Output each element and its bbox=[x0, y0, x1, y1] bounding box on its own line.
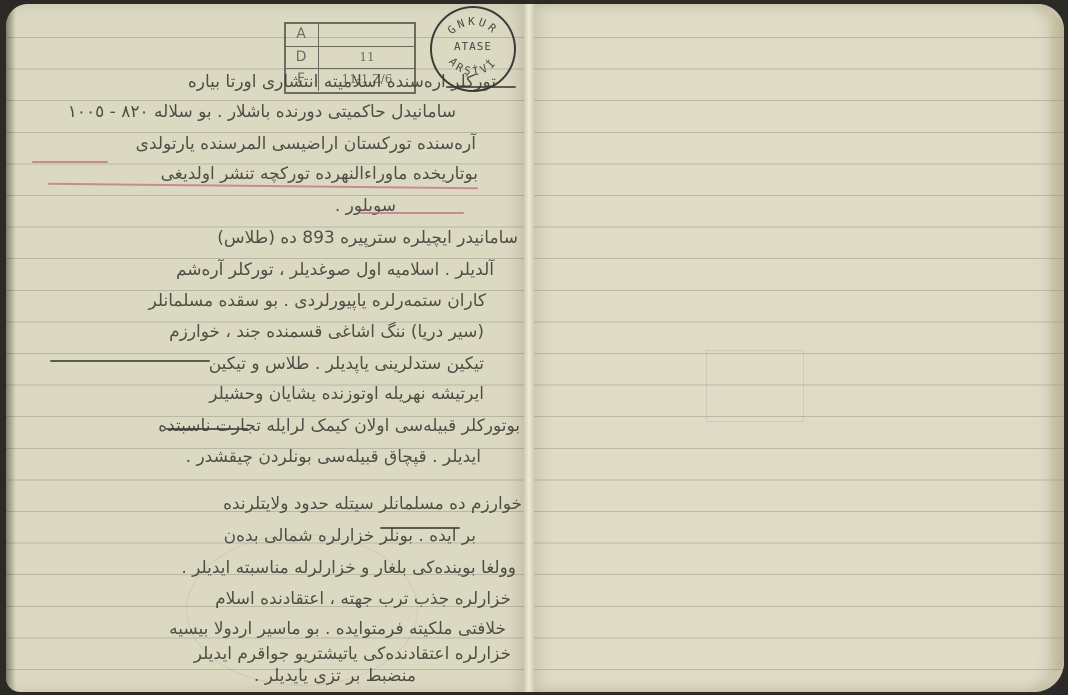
bleed-through-stamp bbox=[706, 350, 804, 422]
stamp-row-a: A bbox=[286, 24, 414, 46]
underline-mark bbox=[166, 428, 248, 430]
handwritten-line: خوارزم دە مسلمانلر سیتلە حدود ولایتلرندە bbox=[223, 494, 522, 514]
handwritten-line: منضبط بر تزی یایدیلر . bbox=[254, 666, 416, 686]
book-gutter bbox=[524, 4, 534, 692]
page-edge bbox=[1048, 14, 1064, 674]
handwritten-line: آلدیلر . اسلامیە اول صوغدیلر ، تورکلر آر… bbox=[176, 260, 494, 280]
handwritten-line: بوتاریخدە ماوراءالنهردە توركچە تنشر اولد… bbox=[161, 164, 478, 184]
handwritten-line: سامانیدل حاکمیتی دورندە باشلار . بو سلال… bbox=[68, 102, 456, 122]
svg-text:GNKUR: GNKUR bbox=[445, 15, 501, 37]
stamp-center-text: ATASE bbox=[432, 40, 514, 53]
notebook-spread: A D 11 F 11-1 Z/6 GNKUR ARŞİVİ bbox=[6, 4, 1064, 692]
red-underline bbox=[360, 212, 464, 214]
handwritten-line: کاران ستمەرلرە یاپیورلردی . بو سقدە مسلم… bbox=[148, 291, 486, 311]
right-page bbox=[530, 4, 1064, 692]
stamp-top-text: GNKUR bbox=[445, 15, 501, 37]
handwritten-line: خلافتی ملکیتە فرمتوایدە . بو ماسیر اردول… bbox=[169, 619, 506, 639]
handwritten-line: آرەسندە توركستان اراضیسی المرسندە یارتول… bbox=[136, 134, 476, 154]
underline-mark bbox=[50, 360, 210, 362]
red-underline bbox=[32, 161, 108, 163]
handwritten-line: وولغا بویندەکی بلغار و خزارلرلە مناسبتە … bbox=[181, 558, 516, 578]
stamp-value: 11 bbox=[320, 50, 414, 64]
underline-mark bbox=[446, 86, 516, 88]
handwritten-line: بر ایدە . بونلر خزارلرە شمالی بدەن bbox=[224, 526, 476, 546]
underline-mark bbox=[380, 527, 460, 529]
handwritten-line: سامانیدر ایچیلرە سترپیرە 893 دە (طلاس) bbox=[217, 228, 518, 248]
handwritten-line: (سیر دریا) ننگ اشاغی قسمندە جند ، خوارزم bbox=[169, 322, 484, 342]
handwritten-line: خزارلرە جذب ترب جهتە ، اعتقادندە اسلام bbox=[215, 589, 511, 609]
handwritten-line: توركلر ارەسندە اسلامیتە انتشارى اورتا بی… bbox=[188, 72, 496, 92]
handwritten-line: تیکین ستدلرینی یاپدیلر . طلاس و تیکین bbox=[209, 354, 484, 374]
binding-shadow bbox=[6, 4, 16, 692]
stamp-row-d: D 11 bbox=[286, 46, 414, 69]
stamp-key: D bbox=[294, 49, 308, 65]
stamp-key: A bbox=[294, 26, 308, 42]
handwritten-line: ایرتیشە نهریلە اوتوزندە یشایان وحشیلر bbox=[209, 384, 484, 404]
handwritten-line: ایدیلر . قپچاق قبیلەسی بونلردن چیقشدر . bbox=[186, 447, 481, 467]
handwritten-line: بوتورکلر قبیلەسی اولان کیمک لرایلە تجارت… bbox=[158, 416, 520, 436]
handwritten-line: خزارلرە اعتقادندەکی یاتیشتریو جواقرم اید… bbox=[194, 644, 511, 664]
